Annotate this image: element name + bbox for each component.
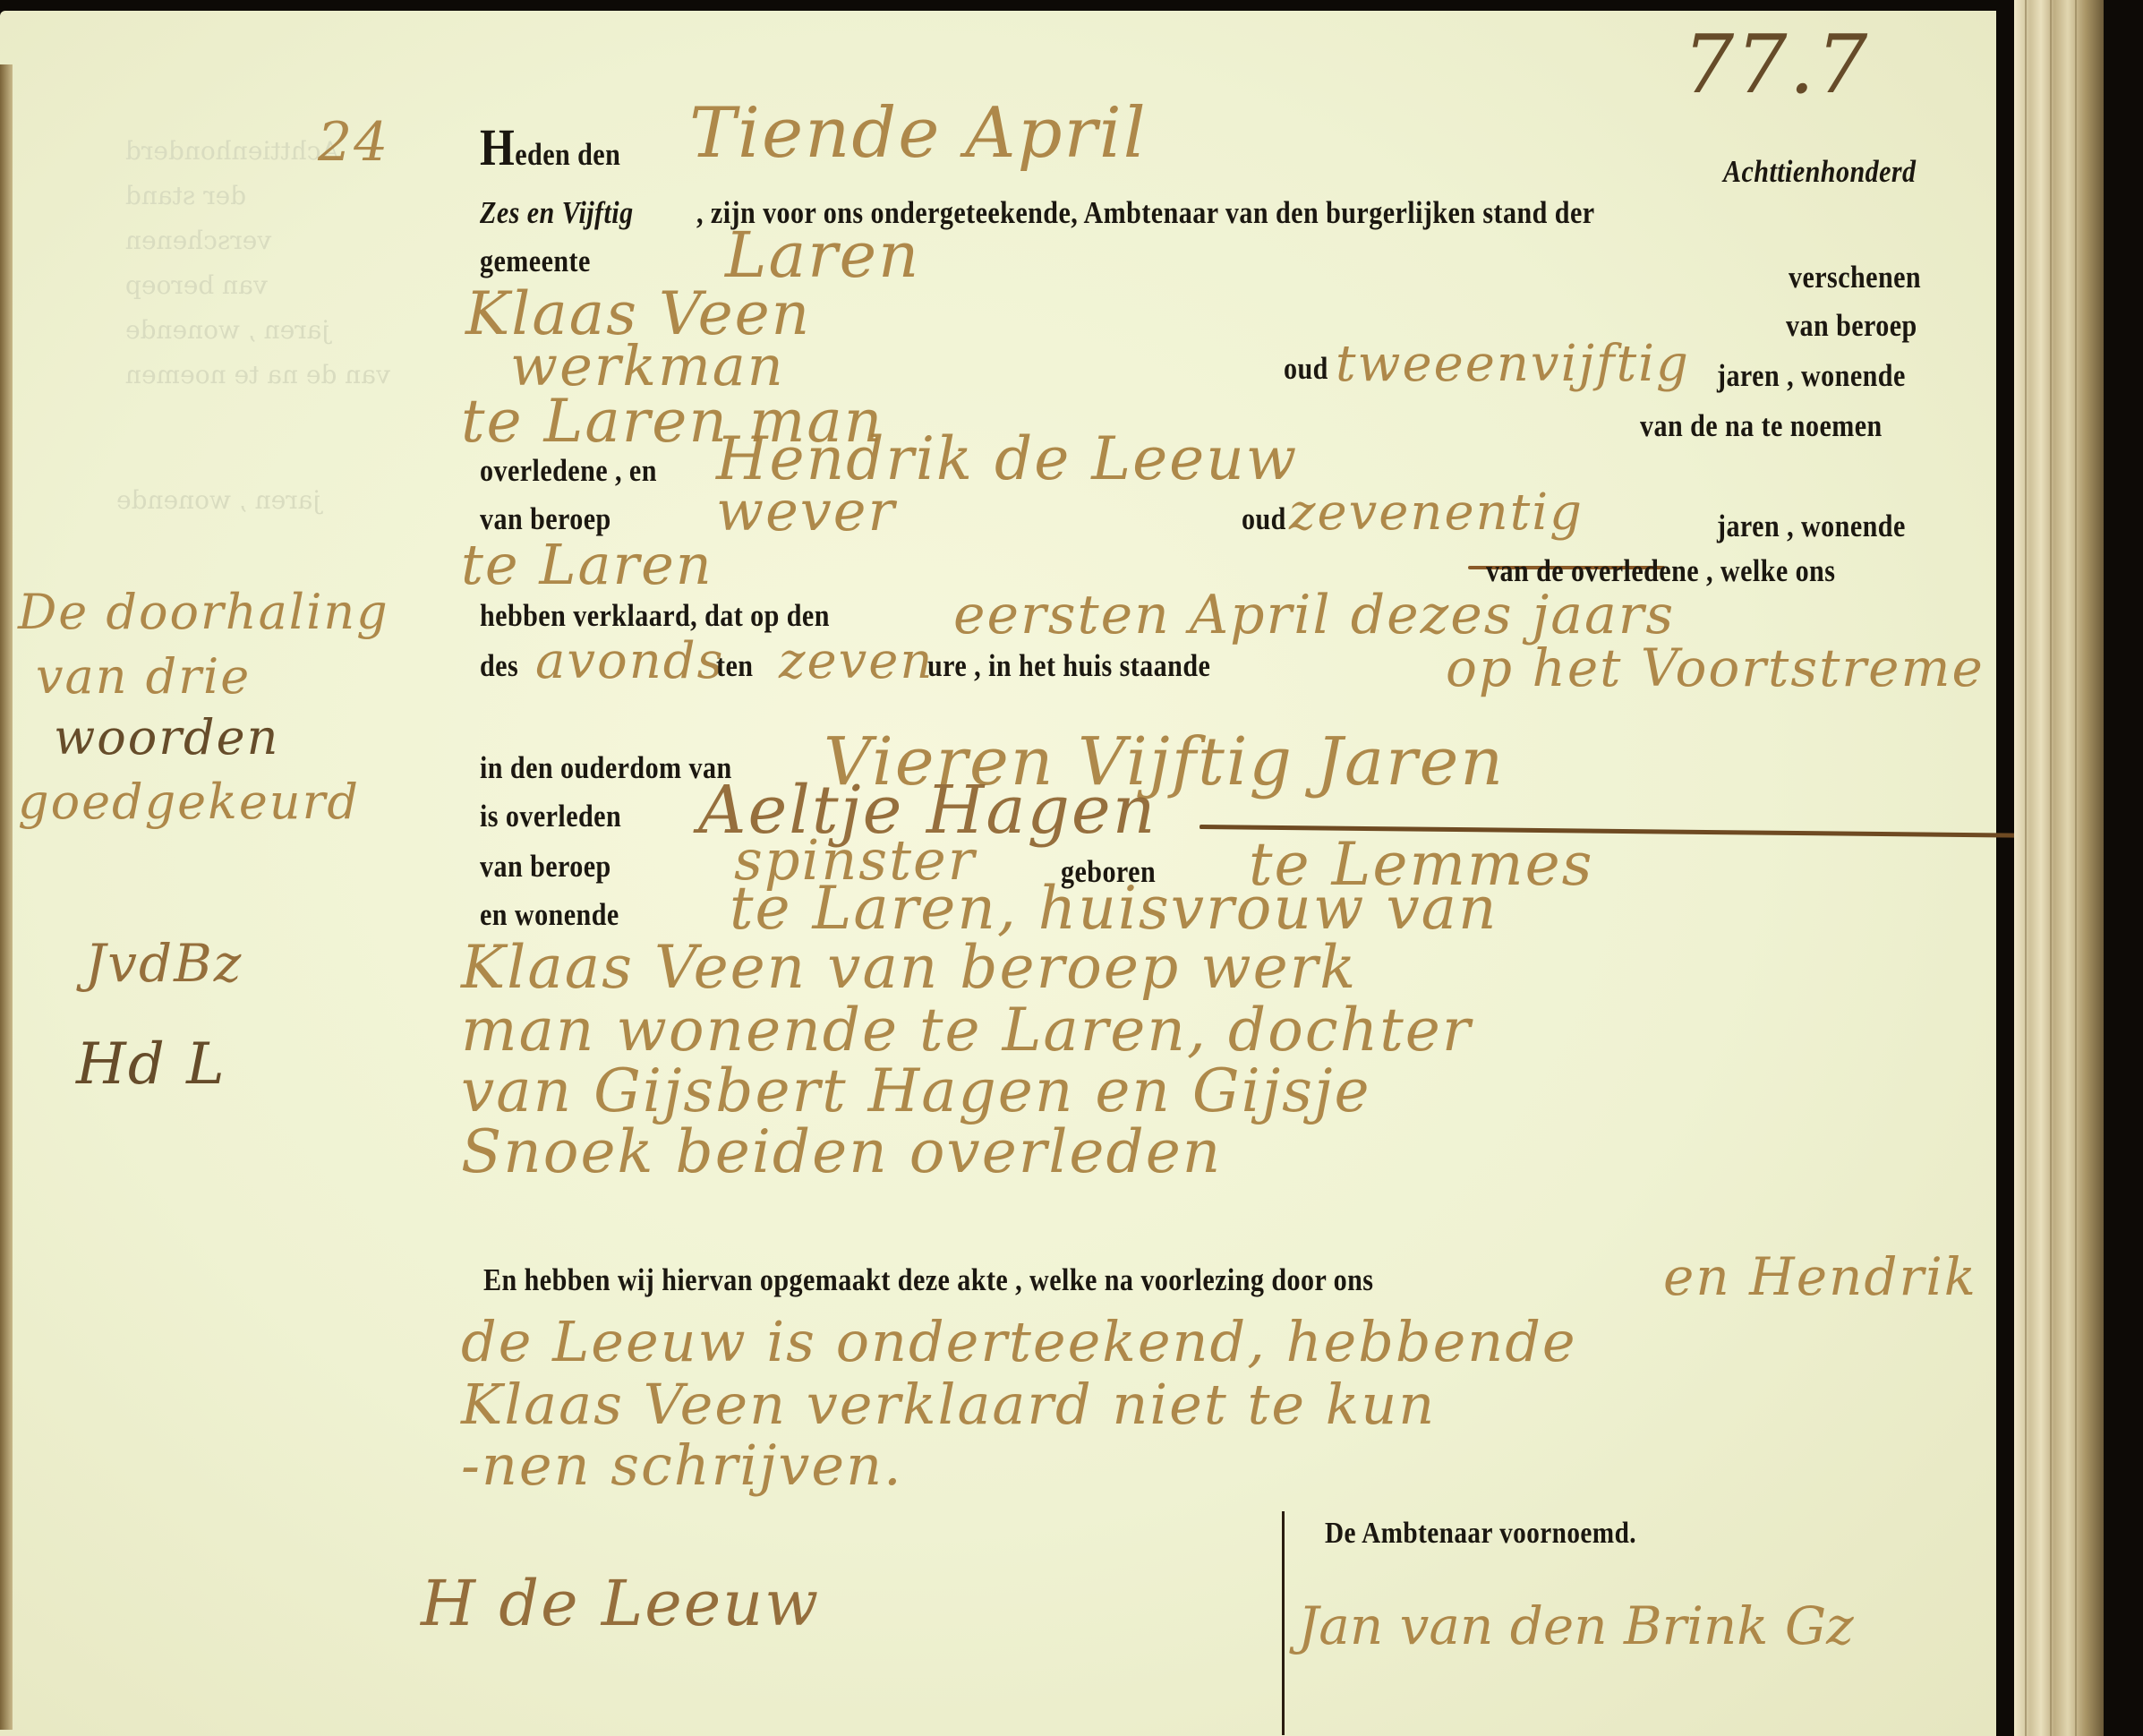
printed-achttienhonderd: Achttienhonderd [1723,154,1917,190]
margin-initials-2: Hd L [76,1031,226,1098]
margin-initials-1: JvdBz [85,933,243,994]
printed-ten: ten [716,648,753,684]
book-page-edges [2014,0,2104,1736]
hw-residence-line-5: Snoek beiden overleden [461,1117,1222,1186]
printed-is-overleden: is overleden [480,799,621,834]
hw-declarant1-age: tweeenvijftig [1336,335,1690,393]
printed-van-beroep-3: van beroep [480,849,611,885]
hw-residence-line-4: van Gijsbert Hagen en Gijsje [461,1056,1371,1125]
hw-location: op het Voortstreme [1446,637,1985,698]
record-number: 24 [318,111,389,174]
printed-oud: oud [1284,351,1328,387]
printed-ure-huis-staande: ure , in het huis staande [927,648,1210,684]
hw-residence-line-3: man wonende te Laren, dochter [461,996,1472,1065]
printed-jaren-wonende-2: jaren , wonende [1717,509,1906,544]
printed-hebben-verklaard: hebben verklaard, dat op den [480,598,830,634]
drop-cap: H [480,118,515,176]
bleed-through-text: Achttienhonderd [125,136,339,166]
margin-line-1: De doorhaling [18,584,389,640]
folio-mark: 77.7 [1683,18,1869,112]
signature-bracket [1282,1511,1285,1735]
printed-overledene-en: overledene , en [480,453,657,489]
bleed-through-text: van de na te noemen [125,360,390,389]
printed-jaren-wonende: jaren , wonende [1717,358,1906,394]
printed-van-beroep: van beroep [1786,308,1917,344]
printed-signature-label: De Ambtenaar voornoemd. [1325,1517,1636,1551]
hw-closing-line-1: en Hendrik [1663,1246,1977,1307]
hw-time-of-day: avonds [535,632,724,690]
bleed-through-text: der stand [125,181,246,210]
bleed-through-text: verschenen [125,226,271,255]
register-page: Achttienhonderd der stand verschenen van… [0,11,1996,1736]
signature-witness: H de Leeuw [421,1567,820,1640]
printed-verschenen: verschenen [1789,260,1921,295]
hw-residence-line-2: Klaas Veen van beroep werk [461,933,1357,1002]
hw-closing-line-2: de Leeuw is onderteekend, hebbende [461,1309,1577,1374]
hw-declarant2-residence: te Laren [461,532,713,597]
printed-closing: En hebben wij hiervan opgemaakt deze akt… [483,1262,1373,1298]
edge-line [2075,0,2077,1736]
bleed-through-text: van beroep [125,270,268,300]
hw-declarant2-occupation: wever [716,478,896,543]
binding-gutter [0,64,13,1730]
edge-line [2025,0,2027,1736]
hw-closing-line-4: -nen schrijven. [461,1432,903,1498]
printed-year: Zes en Vijftig [480,195,634,231]
printed-in-den-ouderdom: in den ouderdom van [480,750,732,786]
printed-gemeente: gemeente [480,244,591,279]
hw-closing-line-3: Klaas Veen verklaard niet te kun [461,1372,1436,1437]
margin-line-4: goedgekeurd [18,774,360,830]
printed-heden-den: Heden den [480,122,620,174]
bleed-through-text: jaren , wonende [116,485,320,515]
edge-line [2050,0,2052,1736]
margin-line-2: van drie [36,648,251,705]
hw-date: Tiende April [689,93,1148,174]
printed-na-te-noemen: van de na te noemen [1640,408,1883,444]
bleed-through-text: jaren , wonende [125,315,329,345]
printed-des: des [480,648,518,684]
margin-line-3: woorden [54,709,279,765]
signature-official: Jan van den Brink Gz [1298,1595,1854,1656]
printed-oud-2: oud [1242,501,1286,537]
printed-en-wonende: en wonende [480,897,619,933]
hw-hour: zeven [779,632,935,690]
hw-declarant2-age: zevenentig [1289,483,1584,542]
